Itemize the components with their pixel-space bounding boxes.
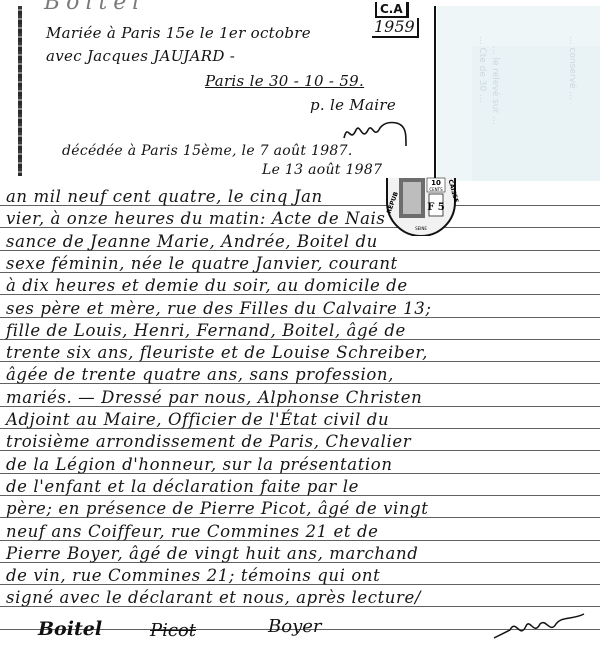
register-line: mariés. — Dressé par nous, Alphonse Chri… xyxy=(6,388,422,408)
bleed-through-text: ... Cte de 30 ... xyxy=(477,36,487,103)
death-note-line-1: décédée à Paris 15ème, le 7 août 1987. xyxy=(62,143,353,159)
register-line: vier, à onze heures du matin: Acte de Na… xyxy=(6,209,386,229)
register-line: ses père et mère, rue des Filles du Calv… xyxy=(6,299,432,319)
register-line: à dix heures et demie du soir, au domici… xyxy=(6,276,408,296)
register-line: de vin, rue Commines 21; témoins qui ont xyxy=(6,566,380,586)
register-line: Pierre Boyer, âgé de vingt huit ans, mar… xyxy=(6,544,418,564)
register-line: Adjoint au Maire, Officier de l'État civ… xyxy=(6,410,389,430)
register-line: âgée de trente quatre ans, sans professi… xyxy=(6,365,394,385)
ca-stamp-label: C.A xyxy=(375,2,409,18)
register-line: sance de Jeanne Marie, Andrée, Boitel du xyxy=(6,232,378,252)
ruled-line xyxy=(0,317,600,318)
ruled-line xyxy=(0,584,600,585)
register-line: trente six ans, fleuriste et de Louise S… xyxy=(6,343,428,363)
death-note-line-2: Le 13 août 1987 xyxy=(262,162,382,178)
ruled-line xyxy=(0,473,600,474)
header-surname-cutoff: Boitel xyxy=(44,0,145,15)
ruled-line xyxy=(0,339,600,340)
ruled-line xyxy=(0,361,600,362)
stamp-value: 10 xyxy=(431,179,441,187)
register-line: de l'enfant et la déclaration faite par … xyxy=(6,477,359,497)
bleed-through-text: ... le relevé sur ... xyxy=(490,46,500,125)
card-binding-edge xyxy=(18,6,22,176)
register-line: signé avec le déclarant et nous, après l… xyxy=(6,588,421,608)
register-line: fille de Louis, Henri, Fernand, Boitel, … xyxy=(6,321,406,341)
bleed-through-panel: ... Cte de 30 ... ... le relevé sur ... … xyxy=(437,6,600,181)
signature-declarant: Boitel xyxy=(38,618,102,640)
bleed-through-text: ... conservé ... xyxy=(567,36,577,100)
ruled-line xyxy=(0,205,600,206)
ruled-line xyxy=(0,517,600,518)
ruled-line xyxy=(0,450,600,451)
ruled-line xyxy=(0,606,600,607)
ruled-line xyxy=(0,495,600,496)
ruled-line xyxy=(0,227,600,228)
stamp-center: F 5 xyxy=(427,202,445,213)
register-line: an mil neuf cent quatre, le cinq Jan xyxy=(6,187,323,207)
signature-officer xyxy=(490,612,590,644)
ruled-line xyxy=(0,250,600,251)
ruled-line xyxy=(0,294,600,295)
register-line: troisième arrondissement de Paris, Cheva… xyxy=(6,432,411,452)
marriage-note-line-4: p. le Maire xyxy=(310,96,396,114)
ruled-line xyxy=(0,562,600,563)
marriage-note-line-1: Mariée à Paris 15e le 1er octobre xyxy=(46,24,311,42)
card-right-border xyxy=(434,6,436,181)
marriage-note-line-2: avec Jacques JAUJARD - xyxy=(46,47,235,65)
ruled-line xyxy=(0,428,600,429)
stamp-bottom: SEINE xyxy=(415,226,427,231)
ruled-line xyxy=(0,272,600,273)
ruled-line xyxy=(0,406,600,407)
signature-witness-2: Boyer xyxy=(268,616,322,637)
register-page: an mil neuf cent quatre, le cinq Janvier… xyxy=(0,181,600,647)
register-line: père; en présence de Pierre Picot, âgé d… xyxy=(6,499,429,519)
ruled-line xyxy=(0,383,600,384)
marriage-note-line-3: Paris le 30 - 10 - 59. xyxy=(205,72,364,90)
revenue-stamp: 10 CENTS F 5 REPUB CAISSE SEINE xyxy=(383,172,459,236)
ruled-line xyxy=(0,540,600,541)
register-line: neuf ans Coiffeur, rue Commines 21 et de xyxy=(6,522,379,542)
signature-witness-1: Picot xyxy=(150,620,196,641)
stamp-subtitle: CENTS xyxy=(429,187,443,192)
register-line: sexe féminin, née le quatre Janvier, cou… xyxy=(6,254,398,274)
marriage-year: 1959 xyxy=(372,18,419,38)
register-line: de la Légion d'honneur, sur la présentat… xyxy=(6,455,393,475)
